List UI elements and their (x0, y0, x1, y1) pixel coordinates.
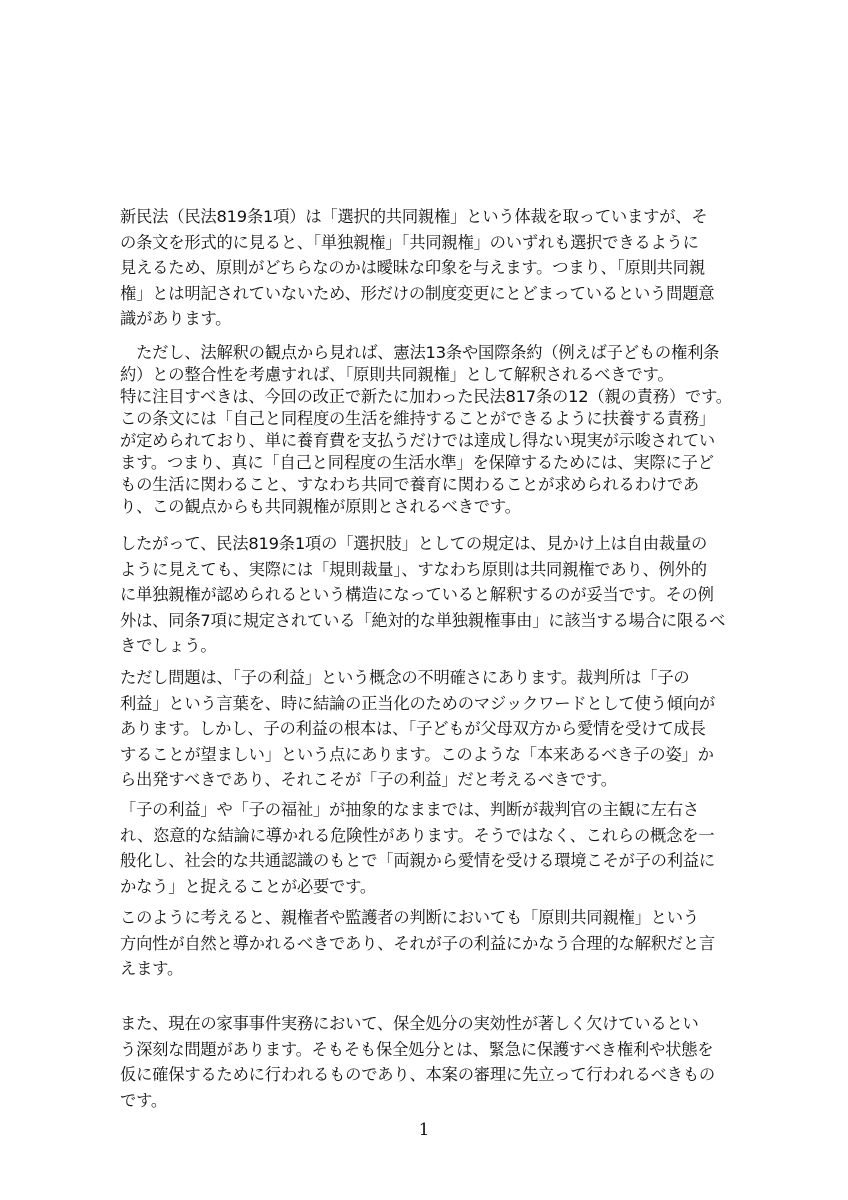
text-line: あります。しかし、子の利益の根本は、「子どもが父母双方から愛情を受けて成長 (120, 716, 760, 742)
text-line: もの生活に関わること、すなわち共同で養育に関わることが求められるわけであ (120, 474, 760, 496)
text-line: したがって、民法819条1項の「選択肢」としての規定は、見かけ上は自由裁量の (120, 531, 760, 557)
text-line: 識があります。 (120, 306, 760, 332)
text-line: えます。 (120, 956, 760, 982)
text-line: 仮に確保するために行われるものであり、本案の審理に先立って行われるべきもの (120, 1062, 760, 1088)
text-line: きでしょう。 (120, 633, 760, 659)
text-line: 新民法（民法819条1項）は「選択的共同親権」という体裁を取っていますが、そ (120, 204, 760, 230)
text-line: また、現在の家事事件実務において、保全処分の実効性が著しく欠けているとい (120, 1011, 760, 1037)
paragraph-1: 新民法（民法819条1項）は「選択的共同親権」という体裁を取っていますが、そ の… (120, 204, 760, 332)
text-line: この条文には「自己と同程度の生活を維持することができるように扶養する責務」 (120, 408, 760, 430)
text-line: 「子の利益」や「子の福祉」が抽象的なままでは、判断が裁判官の主観に左右さ (120, 797, 760, 823)
text-line: 利益」という言葉を、時に結論の正当化のためのマジックワードとして使う傾向が (120, 691, 760, 717)
text-line: 方向性が自然と導かれるべきであり、それが子の利益にかなう合理的な解釈だと言 (120, 931, 760, 957)
paragraph-3: したがって、民法819条1項の「選択肢」としての規定は、見かけ上は自由裁量の よ… (120, 531, 760, 659)
text-line: ます。つまり、真に「自己と同程度の生活水準」を保障するためには、実際に子ど (120, 452, 760, 474)
text-line: が定められており、単に養育費を支払うだけでは達成し得ない現実が示唆されてい (120, 430, 760, 452)
text-line: です。 (120, 1088, 760, 1114)
page-number: 1 (0, 1120, 848, 1140)
paragraph-2: ただし、法解釈の観点から見れば、憲法13条や国際条約（例えば子どもの権利条 約）… (120, 342, 760, 518)
text-line: 見えるため、原則がどちらなのかは曖昧な印象を与えます。つまり、「原則共同親 (120, 255, 760, 281)
text-line: の条文を形式的に見ると、「単独親権」「共同親権」のいずれも選択できるように (120, 230, 760, 256)
text-line: かなう」と捉えることが必要です。 (120, 874, 760, 900)
text-line: ただし、法解釈の観点から見れば、憲法13条や国際条約（例えば子どもの権利条 (120, 342, 760, 364)
paragraph-6: このように考えると、親権者や監護者の判断においても「原則共同親権」という 方向性… (120, 905, 760, 982)
text-line: に単独親権が認められるという構造になっていると解釈するのが妥当です。その例 (120, 582, 760, 608)
paragraph-7: また、現在の家事事件実務において、保全処分の実効性が著しく欠けているとい う深刻… (120, 1011, 760, 1113)
text-line: う深刻な問題があります。そもそも保全処分とは、緊急に保護すべき権利や状態を (120, 1037, 760, 1063)
text-line: することが望ましい」という点にあります。このような「本来あるべき子の姿」か (120, 742, 760, 768)
text-line: このように考えると、親権者や監護者の判断においても「原則共同親権」という (120, 905, 760, 931)
text-line: 特に注目すべきは、今回の改正で新たに加わった民法817条の12（親の責務）です。 (120, 386, 760, 408)
document-page: 新民法（民法819条1項）は「選択的共同親権」という体裁を取っていますが、そ の… (0, 0, 848, 1200)
text-line: 権」とは明記されていないため、形だけの制度変更にとどまっているという問題意 (120, 281, 760, 307)
text-line: 般化し、社会的な共通認識のもとで「両親から愛情を受ける環境こそが子の利益に (120, 848, 760, 874)
text-line: れ、恣意的な結論に導かれる危険性があります。そうではなく、これらの概念を一 (120, 823, 760, 849)
text-line: ただし問題は、「子の利益」という概念の不明確さにあります。裁判所は「子の (120, 665, 760, 691)
text-line: り、この観点からも共同親権が原則とされるべきです。 (120, 496, 760, 518)
paragraph-4: ただし問題は、「子の利益」という概念の不明確さにあります。裁判所は「子の 利益」… (120, 665, 760, 793)
text-line: 外は、同条7項に規定されている「絶対的な単独親権事由」に該当する場合に限るべ (120, 608, 760, 634)
text-line: ように見えても、実際には「規則裁量」、すなわち原則は共同親権であり、例外的 (120, 557, 760, 583)
text-line: ら出発すべきであり、それこそが「子の利益」だと考えるべきです。 (120, 767, 760, 793)
text-line: 約）との整合性を考慮すれば、「原則共同親権」として解釈されるべきです。 (120, 364, 760, 386)
paragraph-5: 「子の利益」や「子の福祉」が抽象的なままでは、判断が裁判官の主観に左右さ れ、恣… (120, 797, 760, 899)
